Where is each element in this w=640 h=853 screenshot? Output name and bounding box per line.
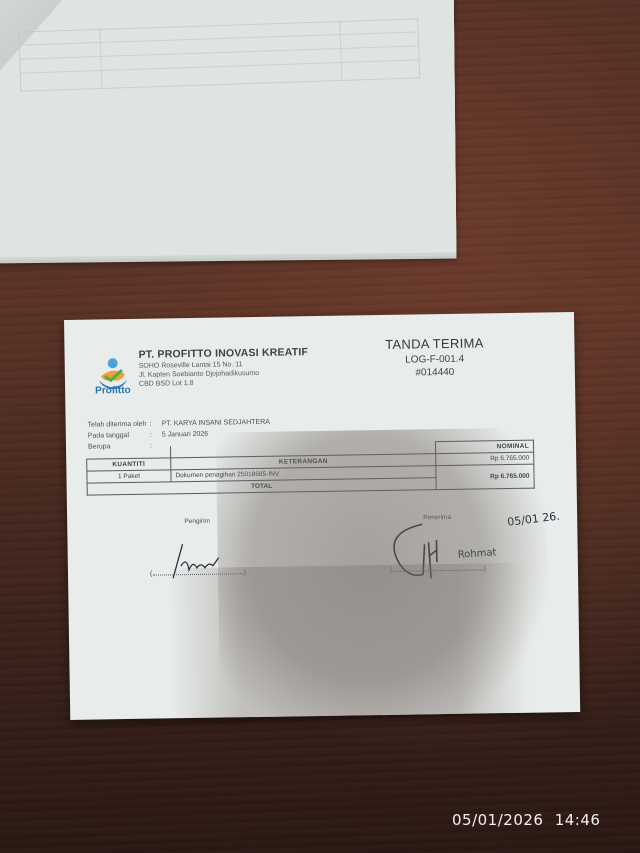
items-table: NOMINAL KUANTITI KETERANGAN Rp 6.765.000… bbox=[86, 440, 535, 496]
handwritten-date: 05/01 26. bbox=[507, 510, 561, 529]
info-value: PT. KARYA INSANI SEDJAHTERA bbox=[162, 419, 270, 428]
sender-label: Pengirim bbox=[152, 517, 242, 525]
background-paper-stack bbox=[0, 0, 456, 257]
document-number: #014440 bbox=[370, 366, 500, 379]
info-value: 5 Januari 2026 bbox=[162, 431, 208, 439]
info-label: Telah diterima oleh bbox=[88, 421, 150, 429]
document-title-block: TANDA TERIMA LOG-F-001.4 #014440 bbox=[369, 335, 500, 379]
handwritten-receiver-name: Rohmat bbox=[457, 547, 496, 561]
phone-shadow bbox=[168, 563, 530, 720]
info-separator: : bbox=[150, 431, 162, 438]
address-line: Jl. Kapten Soebianto Djojohadikusumo bbox=[139, 369, 309, 379]
receiver-label: Penerima bbox=[392, 513, 482, 521]
info-label: Pada tanggal bbox=[88, 432, 150, 440]
document-title: TANDA TERIMA bbox=[369, 335, 499, 352]
sender-signature-block: Pengirim bbox=[152, 517, 242, 525]
logo-wordmark: Profitto bbox=[95, 385, 131, 397]
info-separator: : bbox=[150, 420, 162, 427]
faint-printed-table bbox=[18, 18, 420, 91]
receiver-signature-block: Penerima bbox=[392, 513, 482, 521]
receipt-document: Profitto PT. PROFITTO INOVASI KREATIF SO… bbox=[64, 312, 580, 720]
company-name: PT. PROFITTO INOVASI KREATIF bbox=[138, 346, 308, 361]
document-code: LOG-F-001.4 bbox=[370, 353, 500, 366]
total-value: Rp 6.765.000 bbox=[436, 464, 534, 490]
camera-timestamp: 05/01/2026 14:46 bbox=[452, 811, 600, 829]
address-line: SOHO Roseville Lantai 15 No. 11 bbox=[139, 360, 309, 370]
address-line: CBD BSD Lot 1.8 bbox=[139, 378, 309, 388]
company-block: PT. PROFITTO INOVASI KREATIF SOHO Rosevi… bbox=[138, 346, 308, 388]
